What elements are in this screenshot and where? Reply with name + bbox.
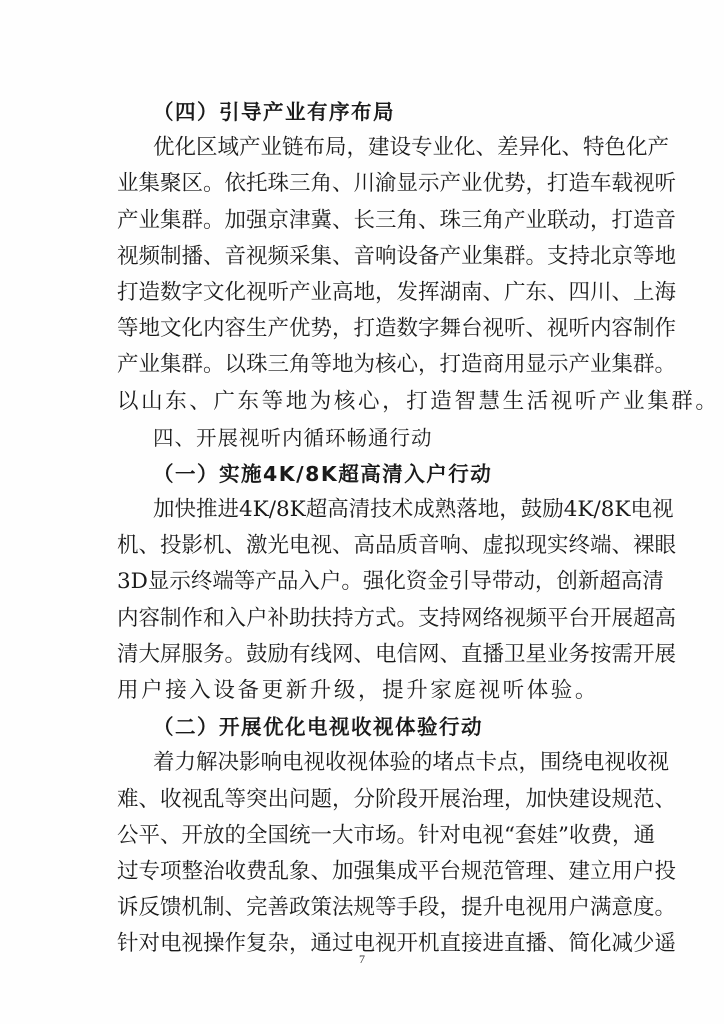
- paragraph-line: 以山东、广东等地为核心，打造智慧生活视听产业集群。: [117, 384, 620, 420]
- document-body: （四）引导产业有序布局 优化区域产业链布局，建设专业化、差异化、特色化产 业集聚…: [117, 94, 620, 963]
- paragraph-line: 着力解决影响电视收视体验的堵点卡点，围绕电视收视: [117, 745, 620, 781]
- paragraph-line: 过专项整治收费乱象、加强集成平台规范管理、建立用户投: [117, 854, 620, 890]
- chapter-heading-4: 四、开展视听内循环畅通行动: [117, 420, 620, 456]
- section-heading-1: （一）实施4K/8K超高清入户行动: [117, 456, 620, 492]
- paragraph-line: 3D显示终端等产品入户。强化资金引导带动，创新超高清: [117, 564, 620, 600]
- paragraph-line: 公平、开放的全国统一大市场。针对电视“套娃”收费，通: [117, 818, 620, 854]
- paragraph-line: 用户接入设备更新升级，提升家庭视听体验。: [117, 673, 620, 709]
- document-page: （四）引导产业有序布局 优化区域产业链布局，建设专业化、差异化、特色化产 业集聚…: [0, 0, 724, 1024]
- paragraph-line: 难、收视乱等突出问题，分阶段开展治理，加快建设规范、: [117, 782, 620, 818]
- paragraph-line: 产业集群。以珠三角等地为核心，打造商用显示产业集群。: [117, 347, 620, 383]
- paragraph-line: 等地文化内容生产优势，打造数字舞台视听、视听内容制作: [117, 311, 620, 347]
- paragraph-line: 机、投影机、激光电视、高品质音响、虚拟现实终端、裸眼: [117, 528, 620, 564]
- paragraph-line: 打造数字文化视听产业高地，发挥湖南、广东、四川、上海: [117, 275, 620, 311]
- paragraph-line: 视频制播、音视频采集、音响设备产业集群。支持北京等地: [117, 239, 620, 275]
- paragraph-line: 加快推进4K/8K超高清技术成熟落地，鼓励4K/8K电视: [117, 492, 620, 528]
- paragraph-line: 业集聚区。依托珠三角、川渝显示产业优势，打造车载视听: [117, 166, 620, 202]
- page-number: 7: [0, 952, 724, 967]
- paragraph-line: 产业集群。加强京津冀、长三角、珠三角产业联动，打造音: [117, 203, 620, 239]
- paragraph-line: 内容制作和入户补助扶持方式。支持网络视频平台开展超高: [117, 601, 620, 637]
- paragraph-line: 清大屏服务。鼓励有线网、电信网、直播卫星业务按需开展: [117, 637, 620, 673]
- paragraph-line: 优化区域产业链布局，建设专业化、差异化、特色化产: [117, 130, 620, 166]
- section-heading-4: （四）引导产业有序布局: [117, 94, 620, 130]
- section-heading-2: （二）开展优化电视收视体验行动: [117, 709, 620, 745]
- paragraph-line: 诉反馈机制、完善政策法规等手段，提升电视用户满意度。: [117, 890, 620, 926]
